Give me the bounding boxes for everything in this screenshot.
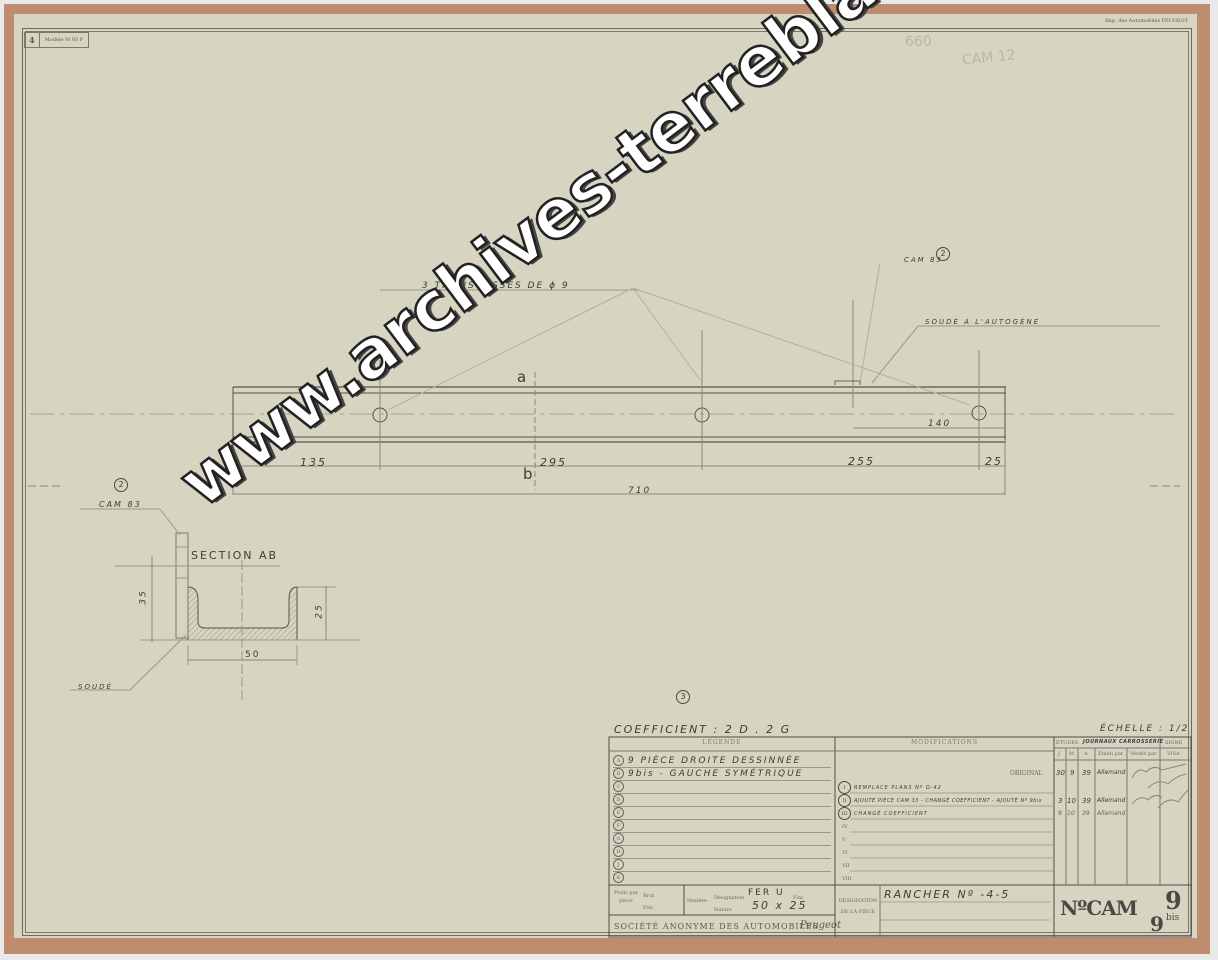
- section-mark-b: b: [523, 465, 535, 483]
- etudes-row-by: Allemand: [1097, 797, 1125, 804]
- section-part-ref: 2: [114, 472, 128, 492]
- legend-row: K: [613, 871, 831, 885]
- legend-row: B9bis - GAUCHE SYMÉTRIQUE: [613, 767, 831, 781]
- part-number-bis: 9: [1150, 912, 1164, 936]
- dim-255: 255: [848, 455, 875, 468]
- etudes-row-m: 9: [1070, 769, 1074, 777]
- col-m: M: [1069, 751, 1074, 757]
- etudes-row-a: 39: [1082, 769, 1091, 777]
- legend-table: A9 PIÈCE DROITE DESSINNÉE B9bis - GAUCHE…: [609, 754, 835, 884]
- section-part-ref-label: CAM 83: [99, 500, 142, 509]
- weld-note: SOUDÉ A L'AUTOGÈNE: [925, 318, 1040, 326]
- scale: ÉCHELLE : 1/2: [1100, 724, 1189, 734]
- brand-logo: Peugeot: [800, 920, 841, 931]
- legend-row: F: [613, 819, 831, 833]
- etudes-row-a: 39: [1082, 810, 1090, 817]
- modification-row: IREMPLACE PLANS Nº D-42: [838, 781, 942, 794]
- dim-total: 710: [628, 486, 651, 496]
- poids-label: Poids par pièce: [614, 889, 638, 905]
- view-marker: 3: [676, 684, 690, 704]
- coefficient: COEFFICIENT : 2 D . 2 G: [614, 723, 791, 736]
- etudes-row-by: Allemand: [1097, 769, 1125, 776]
- material-designation: FER U: [748, 888, 785, 898]
- nature-label: Nature: [714, 907, 732, 913]
- modification-row-viii: VIII: [842, 876, 852, 882]
- etudes-row-m: 10: [1067, 797, 1076, 805]
- modification-row: IIAJOUTÉ PIÈCE CAM 33 - CHANGÉ COEFFICIE…: [838, 794, 1042, 807]
- modification-row-iv: IV: [842, 824, 848, 830]
- legend-row: E: [613, 806, 831, 820]
- legend-header: LÉGENDE: [609, 739, 835, 746]
- etudes-header: ÉTUDES: [1056, 740, 1078, 746]
- col-a: A: [1084, 751, 1088, 757]
- col-etabli: Établi par: [1098, 751, 1123, 757]
- material-nature: 50 x 25: [752, 899, 808, 912]
- modification-row: IIICHANGÉ COEFFICIENT: [838, 807, 928, 820]
- etudes-row-j: 30: [1056, 769, 1065, 777]
- etudes-row-j: 9: [1058, 810, 1062, 817]
- designation-label: Désignation: [714, 895, 744, 901]
- legend-row: A9 PIÈCE DROITE DESSINNÉE: [613, 754, 831, 768]
- section-title: SECTION AB: [191, 549, 278, 562]
- section-mark-a: a: [517, 368, 528, 386]
- view-marker-circle: 3: [676, 690, 690, 704]
- poids-brut: Brut: [643, 893, 654, 899]
- part-ref-top-label: CAM 83: [904, 256, 943, 264]
- company-name: SOCIÉTÉ ANONYME DES AUTOMOBILES: [614, 922, 819, 931]
- col-visa: VISA: [1167, 751, 1180, 757]
- dim-25: 25: [985, 455, 1003, 468]
- etudes-row-by: Allemand: [1097, 810, 1125, 817]
- part-number-prefix: NºCAM: [1060, 896, 1137, 920]
- legend-row: J: [613, 858, 831, 872]
- section-dim-35: 35: [139, 589, 149, 604]
- col-verifie: Vérifié par: [1130, 751, 1157, 757]
- designation-piece-label: DÉSIGNATION DE LA PIÈCE: [838, 896, 878, 918]
- legend-row: H: [613, 845, 831, 859]
- dim-140: 140: [928, 419, 951, 429]
- designation-piece-value: RANCHER Nº -4-5: [884, 888, 1010, 901]
- etudes-row-m: 10: [1067, 810, 1075, 817]
- etudes-row-a: 39: [1082, 797, 1091, 805]
- legend-row: C: [613, 780, 831, 794]
- visa-header: SIGNE: [1165, 740, 1182, 746]
- section-part-ref-circle: 2: [114, 478, 128, 492]
- part-number-main: 9: [1165, 886, 1182, 915]
- dim-135: 135: [300, 456, 327, 469]
- col-j: J: [1058, 751, 1060, 757]
- legend-row: G: [613, 832, 831, 846]
- visa-signatures: [1128, 760, 1190, 820]
- etudes-handwritten: JOURNAUX CARROSSERIE: [1083, 739, 1164, 745]
- etudes-row-j: 3: [1058, 797, 1062, 805]
- modification-row-v: V: [842, 837, 846, 843]
- matiere-label: Matière: [687, 898, 707, 904]
- legend-row: D: [613, 793, 831, 807]
- section-dim-25: 25: [315, 603, 325, 618]
- modifications-original: ORIGINAL: [1010, 770, 1043, 777]
- section-dim-50: 50: [245, 650, 260, 660]
- dim-295: 295: [540, 456, 567, 469]
- modifications-header: MODIFICATIONS: [835, 739, 1054, 746]
- part-number-bis-suffix: bis: [1166, 913, 1179, 923]
- poids-fini: Fini: [643, 905, 653, 911]
- modification-row-vii: VII: [842, 863, 850, 869]
- modification-row-vi: VI: [842, 850, 848, 856]
- weld-label: SOUDÉ: [78, 683, 113, 691]
